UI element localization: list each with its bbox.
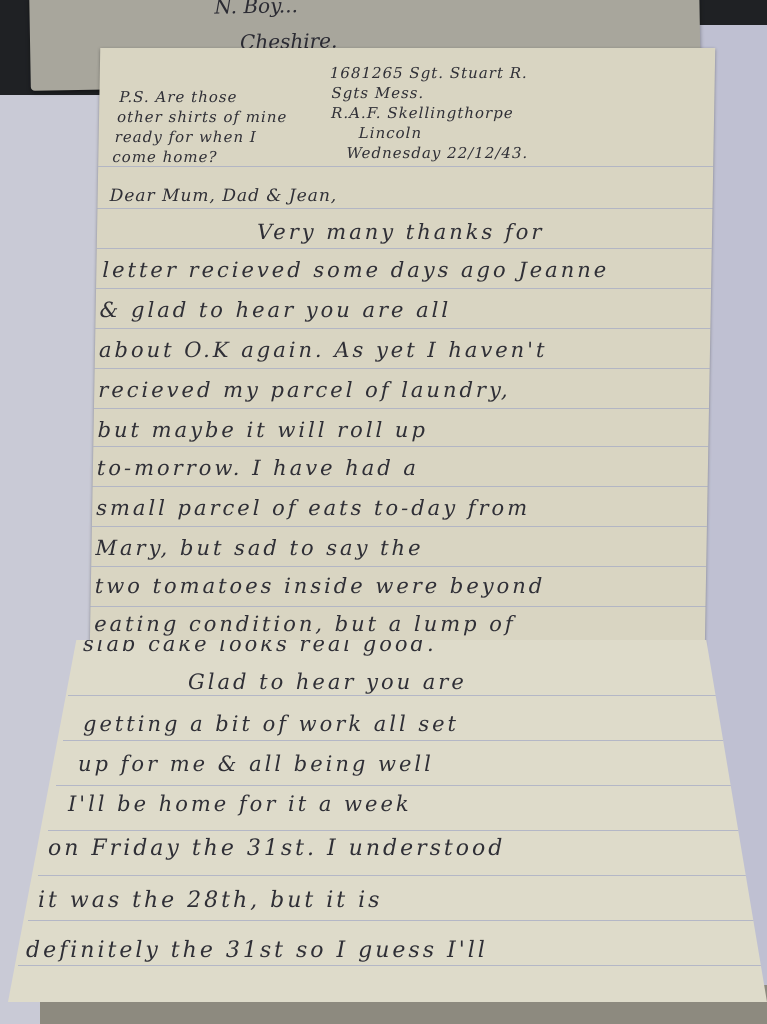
body-line: about O.K again. As yet I haven't	[99, 338, 548, 362]
postscript-line: come home?	[112, 148, 217, 166]
body-line: & glad to hear you are all	[99, 298, 451, 322]
postscript-line: P.S. Are those	[119, 88, 237, 106]
letter-date: Wednesday 22/12/43.	[346, 144, 528, 162]
body-line: Glad to hear you are	[188, 670, 467, 694]
postscript-line: other shirts of mine	[117, 108, 288, 126]
letter-page-top-fold: 1681265 Sgt. Stuart R. Sgts Mess. R.A.F.…	[90, 48, 716, 650]
postscript-line: ready for when I	[115, 128, 257, 146]
body-line: definitely the 31st so I guess I'll	[26, 938, 488, 963]
sender-service-name: 1681265 Sgt. Stuart R.	[330, 64, 528, 82]
sender-town: Lincoln	[359, 124, 423, 142]
body-line: it was the 28th, but it is	[38, 888, 382, 913]
body-line: I'll be home for it a week	[68, 792, 412, 816]
body-line: recieved my parcel of laundry,	[98, 378, 511, 402]
sender-station: R.A.F. Skellingthorpe	[331, 104, 514, 122]
envelope-address-line: N. Boy...	[214, 0, 298, 19]
body-line: Very many thanks for	[257, 220, 545, 244]
body-line: but maybe it will roll up	[97, 418, 428, 442]
body-line: to-morrow. I have had a	[97, 456, 419, 480]
letter-page-bottom-fold: slab cake looks real good. Glad to hear …	[8, 640, 767, 1002]
sender-mess: Sgts Mess.	[331, 84, 424, 102]
body-line: two tomatoes inside were beyond	[95, 574, 546, 598]
body-line: eating condition, but a lump of	[94, 612, 516, 636]
body-line: on Friday the 31st. I understood	[48, 836, 505, 861]
body-line: getting a bit of work all set	[83, 712, 459, 736]
salutation: Dear Mum, Dad & Jean,	[109, 186, 337, 206]
body-line: up for me & all being well	[78, 752, 434, 776]
body-line: Mary, but sad to say the	[95, 536, 423, 560]
body-line: letter recieved some days ago Jeanne	[102, 258, 609, 282]
body-line: small parcel of eats to-day from	[96, 496, 530, 520]
